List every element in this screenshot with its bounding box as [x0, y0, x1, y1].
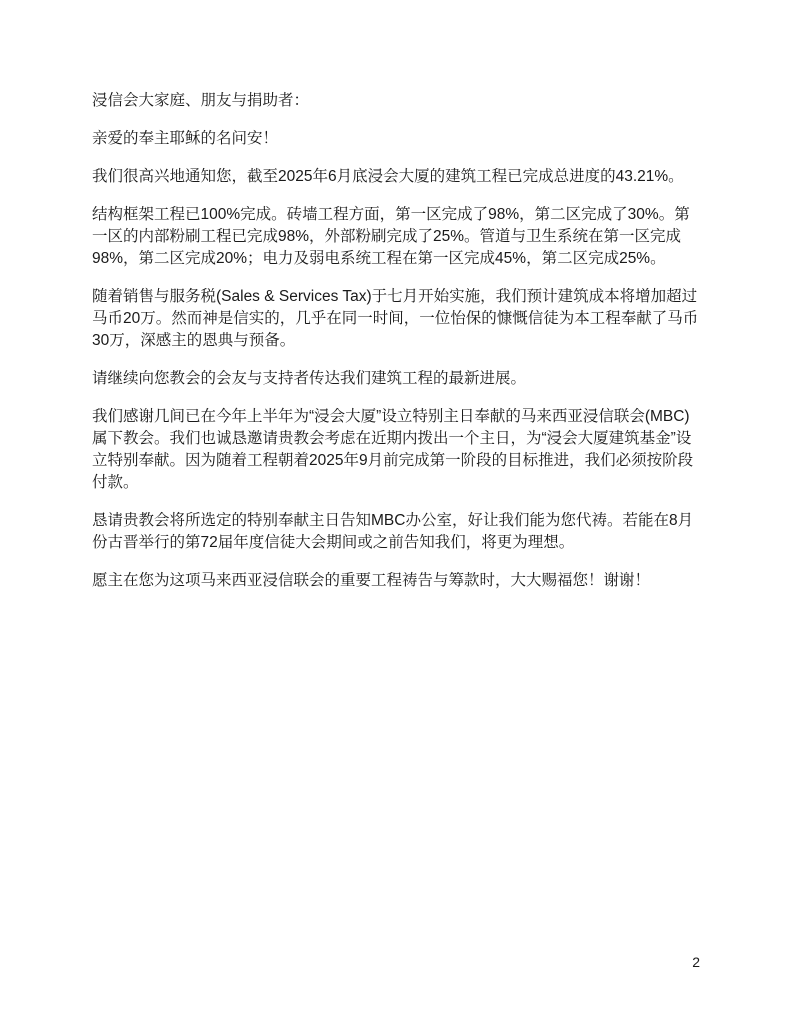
closing-blessing: 愿主在您为这项马来西亚浸信联会的重要工程祷告与筹款时，大大赐福您！谢谢！: [92, 570, 700, 592]
letter-body: 浸信会大家庭、朋友与捐助者： 亲爱的奉主耶稣的名问安！ 我们很高兴地通知您，截至…: [92, 90, 700, 608]
salutation: 浸信会大家庭、朋友与捐助者：: [92, 90, 700, 112]
paragraph-notify-mbc-office: 恳请贵教会将所选定的特别奉献主日告知MBC办公室，好让我们能为您代祷。若能在8月…: [92, 510, 700, 554]
paragraph-progress-overview: 我们很高兴地通知您，截至2025年6月底浸会大厦的建筑工程已完成总进度的43.2…: [92, 166, 700, 188]
greeting: 亲爱的奉主耶稣的名问安！: [92, 128, 700, 150]
page-number: 2: [692, 954, 700, 970]
paragraph-share-updates: 请继续向您教会的会友与支持者传达我们建筑工程的最新进展。: [92, 368, 700, 390]
paragraph-sst-costs: 随着销售与服务税(Sales & Services Tax)于七月开始实施，我们…: [92, 286, 700, 352]
paragraph-special-sunday-offering: 我们感谢几间已在今年上半年为“浸会大厦”设立特别主日奉献的马来西亚浸信联会(MB…: [92, 406, 700, 494]
paragraph-progress-details: 结构框架工程已100%完成。砖墙工程方面，第一区完成了98%，第二区完成了30%…: [92, 204, 700, 270]
document-page: 浸信会大家庭、朋友与捐助者： 亲爱的奉主耶稣的名问安！ 我们很高兴地通知您，截至…: [0, 0, 792, 1024]
